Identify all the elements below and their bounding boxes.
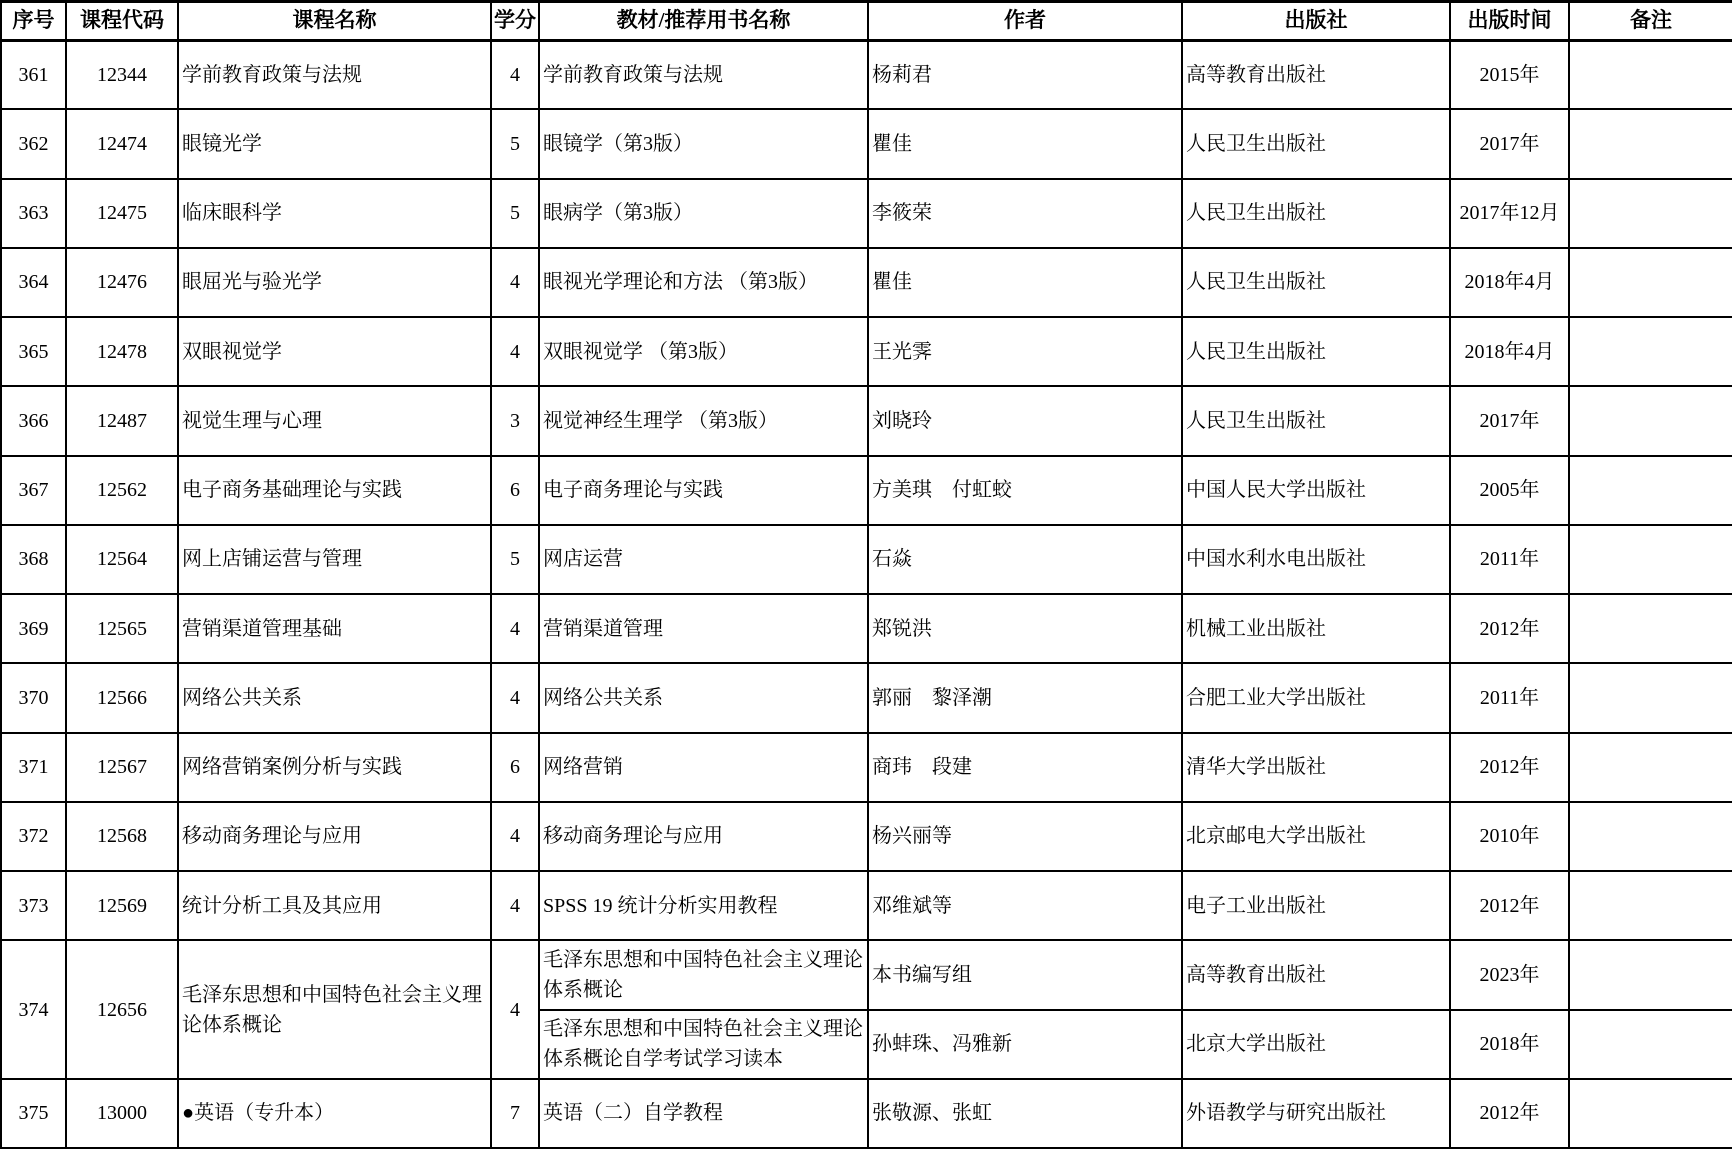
cell-author: 商玮 段建 bbox=[868, 733, 1182, 802]
course-textbook-table: 序号 课程代码 课程名称 学分 教材/推荐用书名称 作者 出版社 出版时间 备注… bbox=[0, 0, 1732, 1149]
cell-publish-date: 2018年4月 bbox=[1450, 317, 1569, 386]
cell-remarks bbox=[1569, 871, 1732, 940]
cell-no: 370 bbox=[1, 663, 66, 732]
cell-remarks bbox=[1569, 663, 1732, 732]
cell-course-name: 电子商务基础理论与实践 bbox=[178, 456, 491, 525]
table-row: 36112344学前教育政策与法规4学前教育政策与法规杨莉君高等教育出版社201… bbox=[1, 40, 1732, 109]
cell-author: 张敬源、张虹 bbox=[868, 1079, 1182, 1148]
cell-credits: 5 bbox=[491, 109, 539, 178]
cell-course-code: 12567 bbox=[66, 733, 178, 802]
cell-textbook-name: 学前教育政策与法规 bbox=[539, 40, 868, 109]
cell-course-code: 12476 bbox=[66, 248, 178, 317]
cell-author: 王光霁 bbox=[868, 317, 1182, 386]
header-remarks: 备注 bbox=[1569, 2, 1732, 41]
cell-publisher: 合肥工业大学出版社 bbox=[1182, 663, 1450, 732]
cell-credits: 7 bbox=[491, 1079, 539, 1148]
cell-publish-date: 2017年 bbox=[1450, 386, 1569, 455]
cell-course-code: 12475 bbox=[66, 179, 178, 248]
cell-course-name: 眼镜光学 bbox=[178, 109, 491, 178]
table-row: 36412476眼屈光与验光学4眼视光学理论和方法 （第3版）瞿佳人民卫生出版社… bbox=[1, 248, 1732, 317]
cell-credits: 4 bbox=[491, 594, 539, 663]
cell-publisher: 电子工业出版社 bbox=[1182, 871, 1450, 940]
cell-publish-date: 2015年 bbox=[1450, 40, 1569, 109]
cell-course-name: 视觉生理与心理 bbox=[178, 386, 491, 455]
cell-author: 孙蚌珠、冯雅新 bbox=[868, 1010, 1182, 1079]
cell-course-code: 12478 bbox=[66, 317, 178, 386]
cell-course-code: 12656 bbox=[66, 940, 178, 1079]
table-row: 36812564网上店铺运营与管理5网店运营石焱中国水利水电出版社2011年 bbox=[1, 525, 1732, 594]
cell-course-name: ●英语（专升本） bbox=[178, 1079, 491, 1148]
cell-publisher: 机械工业出版社 bbox=[1182, 594, 1450, 663]
cell-publish-date: 2011年 bbox=[1450, 663, 1569, 732]
cell-credits: 4 bbox=[491, 663, 539, 732]
header-course-name: 课程名称 bbox=[178, 2, 491, 41]
cell-publish-date: 2012年 bbox=[1450, 1079, 1569, 1148]
cell-credits: 4 bbox=[491, 802, 539, 871]
cell-no: 373 bbox=[1, 871, 66, 940]
cell-course-name: 学前教育政策与法规 bbox=[178, 40, 491, 109]
cell-credits: 4 bbox=[491, 871, 539, 940]
cell-publisher: 外语教学与研究出版社 bbox=[1182, 1079, 1450, 1148]
cell-course-name: 眼屈光与验光学 bbox=[178, 248, 491, 317]
cell-publisher: 人民卫生出版社 bbox=[1182, 109, 1450, 178]
cell-publisher: 中国水利水电出版社 bbox=[1182, 525, 1450, 594]
cell-publish-date: 2017年 bbox=[1450, 109, 1569, 178]
cell-no: 363 bbox=[1, 179, 66, 248]
table-row: 37513000●英语（专升本）7英语（二）自学教程张敬源、张虹外语教学与研究出… bbox=[1, 1079, 1732, 1148]
cell-textbook-name: 网店运营 bbox=[539, 525, 868, 594]
cell-course-name: 临床眼科学 bbox=[178, 179, 491, 248]
cell-author: 邓维斌等 bbox=[868, 871, 1182, 940]
cell-author: 郑锐洪 bbox=[868, 594, 1182, 663]
cell-course-name: 统计分析工具及其应用 bbox=[178, 871, 491, 940]
cell-no: 364 bbox=[1, 248, 66, 317]
cell-credits: 3 bbox=[491, 386, 539, 455]
cell-course-name: 毛泽东思想和中国特色社会主义理论体系概论 bbox=[178, 940, 491, 1079]
cell-publisher: 清华大学出版社 bbox=[1182, 733, 1450, 802]
cell-author: 瞿佳 bbox=[868, 109, 1182, 178]
cell-course-code: 12474 bbox=[66, 109, 178, 178]
cell-textbook-name: 眼视光学理论和方法 （第3版） bbox=[539, 248, 868, 317]
table-row: 37112567网络营销案例分析与实践6网络营销商玮 段建清华大学出版社2012… bbox=[1, 733, 1732, 802]
cell-publish-date: 2011年 bbox=[1450, 525, 1569, 594]
cell-no: 368 bbox=[1, 525, 66, 594]
cell-textbook-name: 网络公共关系 bbox=[539, 663, 868, 732]
cell-publisher: 北京邮电大学出版社 bbox=[1182, 802, 1450, 871]
cell-publisher: 北京大学出版社 bbox=[1182, 1010, 1450, 1079]
cell-credits: 5 bbox=[491, 525, 539, 594]
cell-no: 365 bbox=[1, 317, 66, 386]
cell-author: 杨莉君 bbox=[868, 40, 1182, 109]
cell-remarks bbox=[1569, 594, 1732, 663]
cell-remarks bbox=[1569, 1010, 1732, 1079]
cell-publish-date: 2005年 bbox=[1450, 456, 1569, 525]
cell-course-name: 移动商务理论与应用 bbox=[178, 802, 491, 871]
cell-publisher: 高等教育出版社 bbox=[1182, 940, 1450, 1009]
cell-no: 375 bbox=[1, 1079, 66, 1148]
cell-author: 石焱 bbox=[868, 525, 1182, 594]
cell-publish-date: 2012年 bbox=[1450, 733, 1569, 802]
table-row: 37212568移动商务理论与应用4移动商务理论与应用杨兴丽等北京邮电大学出版社… bbox=[1, 802, 1732, 871]
cell-textbook-name: 电子商务理论与实践 bbox=[539, 456, 868, 525]
cell-course-code: 12344 bbox=[66, 40, 178, 109]
cell-no: 371 bbox=[1, 733, 66, 802]
table-row: 36212474眼镜光学5眼镜学（第3版）瞿佳人民卫生出版社2017年 bbox=[1, 109, 1732, 178]
cell-course-name: 网上店铺运营与管理 bbox=[178, 525, 491, 594]
cell-textbook-name: 毛泽东思想和中国特色社会主义理论体系概论 bbox=[539, 940, 868, 1009]
cell-no: 369 bbox=[1, 594, 66, 663]
cell-author: 本书编写组 bbox=[868, 940, 1182, 1009]
cell-course-code: 12562 bbox=[66, 456, 178, 525]
cell-course-name: 双眼视觉学 bbox=[178, 317, 491, 386]
cell-course-code: 12569 bbox=[66, 871, 178, 940]
cell-course-code: 12568 bbox=[66, 802, 178, 871]
cell-publish-date: 2017年12月 bbox=[1450, 179, 1569, 248]
table-row: 37412656毛泽东思想和中国特色社会主义理论体系概论4毛泽东思想和中国特色社… bbox=[1, 940, 1732, 1009]
header-row: 序号 课程代码 课程名称 学分 教材/推荐用书名称 作者 出版社 出版时间 备注 bbox=[1, 2, 1732, 41]
header-credits: 学分 bbox=[491, 2, 539, 41]
table-row: 36512478双眼视觉学4双眼视觉学 （第3版）王光霁人民卫生出版社2018年… bbox=[1, 317, 1732, 386]
table-row: 37312569统计分析工具及其应用4SPSS 19 统计分析实用教程邓维斌等电… bbox=[1, 871, 1732, 940]
cell-credits: 4 bbox=[491, 317, 539, 386]
cell-textbook-name: 双眼视觉学 （第3版） bbox=[539, 317, 868, 386]
cell-textbook-name: 营销渠道管理 bbox=[539, 594, 868, 663]
table-row: 36612487视觉生理与心理3视觉神经生理学 （第3版）刘晓玲人民卫生出版社2… bbox=[1, 386, 1732, 455]
cell-remarks bbox=[1569, 456, 1732, 525]
cell-no: 366 bbox=[1, 386, 66, 455]
cell-author: 刘晓玲 bbox=[868, 386, 1182, 455]
cell-textbook-name: 眼病学（第3版） bbox=[539, 179, 868, 248]
cell-remarks bbox=[1569, 525, 1732, 594]
cell-publish-date: 2012年 bbox=[1450, 594, 1569, 663]
cell-publish-date: 2018年 bbox=[1450, 1010, 1569, 1079]
cell-textbook-name: 英语（二）自学教程 bbox=[539, 1079, 868, 1148]
cell-publisher: 人民卫生出版社 bbox=[1182, 317, 1450, 386]
cell-course-code: 12566 bbox=[66, 663, 178, 732]
cell-no: 362 bbox=[1, 109, 66, 178]
cell-credits: 6 bbox=[491, 456, 539, 525]
cell-no: 372 bbox=[1, 802, 66, 871]
cell-publish-date: 2018年4月 bbox=[1450, 248, 1569, 317]
cell-remarks bbox=[1569, 109, 1732, 178]
cell-no: 374 bbox=[1, 940, 66, 1079]
cell-textbook-name: 移动商务理论与应用 bbox=[539, 802, 868, 871]
cell-textbook-name: 毛泽东思想和中国特色社会主义理论体系概论自学考试学习读本 bbox=[539, 1010, 868, 1079]
cell-course-name: 网络公共关系 bbox=[178, 663, 491, 732]
cell-textbook-name: 网络营销 bbox=[539, 733, 868, 802]
header-textbook-name: 教材/推荐用书名称 bbox=[539, 2, 868, 41]
table-body: 36112344学前教育政策与法规4学前教育政策与法规杨莉君高等教育出版社201… bbox=[1, 40, 1732, 1148]
cell-course-name: 营销渠道管理基础 bbox=[178, 594, 491, 663]
header-no: 序号 bbox=[1, 2, 66, 41]
cell-no: 367 bbox=[1, 456, 66, 525]
header-author: 作者 bbox=[868, 2, 1182, 41]
cell-publisher: 高等教育出版社 bbox=[1182, 40, 1450, 109]
cell-publisher: 人民卫生出版社 bbox=[1182, 179, 1450, 248]
cell-credits: 4 bbox=[491, 248, 539, 317]
cell-publisher: 中国人民大学出版社 bbox=[1182, 456, 1450, 525]
cell-credits: 6 bbox=[491, 733, 539, 802]
cell-credits: 4 bbox=[491, 40, 539, 109]
header-course-code: 课程代码 bbox=[66, 2, 178, 41]
cell-course-code: 12564 bbox=[66, 525, 178, 594]
cell-credits: 5 bbox=[491, 179, 539, 248]
header-publisher: 出版社 bbox=[1182, 2, 1450, 41]
cell-author: 李筱荣 bbox=[868, 179, 1182, 248]
cell-remarks bbox=[1569, 179, 1732, 248]
table-row: 36712562电子商务基础理论与实践6电子商务理论与实践方美琪 付虹蛟中国人民… bbox=[1, 456, 1732, 525]
cell-remarks bbox=[1569, 386, 1732, 455]
cell-author: 杨兴丽等 bbox=[868, 802, 1182, 871]
cell-course-code: 12487 bbox=[66, 386, 178, 455]
header-publish-date: 出版时间 bbox=[1450, 2, 1569, 41]
cell-remarks bbox=[1569, 733, 1732, 802]
cell-author: 郭丽 黎泽潮 bbox=[868, 663, 1182, 732]
cell-publish-date: 2023年 bbox=[1450, 940, 1569, 1009]
cell-remarks bbox=[1569, 940, 1732, 1009]
cell-remarks bbox=[1569, 317, 1732, 386]
cell-publisher: 人民卫生出版社 bbox=[1182, 386, 1450, 455]
cell-course-code: 12565 bbox=[66, 594, 178, 663]
cell-textbook-name: 眼镜学（第3版） bbox=[539, 109, 868, 178]
cell-publish-date: 2012年 bbox=[1450, 871, 1569, 940]
cell-publish-date: 2010年 bbox=[1450, 802, 1569, 871]
cell-remarks bbox=[1569, 248, 1732, 317]
cell-publisher: 人民卫生出版社 bbox=[1182, 248, 1450, 317]
cell-author: 方美琪 付虹蛟 bbox=[868, 456, 1182, 525]
cell-credits: 4 bbox=[491, 940, 539, 1079]
cell-remarks bbox=[1569, 40, 1732, 109]
cell-textbook-name: SPSS 19 统计分析实用教程 bbox=[539, 871, 868, 940]
table-row: 36312475临床眼科学5眼病学（第3版）李筱荣人民卫生出版社2017年12月 bbox=[1, 179, 1732, 248]
cell-author: 瞿佳 bbox=[868, 248, 1182, 317]
table-row: 37012566网络公共关系4网络公共关系郭丽 黎泽潮合肥工业大学出版社2011… bbox=[1, 663, 1732, 732]
cell-remarks bbox=[1569, 1079, 1732, 1148]
cell-remarks bbox=[1569, 802, 1732, 871]
table-row: 36912565营销渠道管理基础4营销渠道管理郑锐洪机械工业出版社2012年 bbox=[1, 594, 1732, 663]
cell-textbook-name: 视觉神经生理学 （第3版） bbox=[539, 386, 868, 455]
cell-course-code: 13000 bbox=[66, 1079, 178, 1148]
cell-course-name: 网络营销案例分析与实践 bbox=[178, 733, 491, 802]
cell-no: 361 bbox=[1, 40, 66, 109]
